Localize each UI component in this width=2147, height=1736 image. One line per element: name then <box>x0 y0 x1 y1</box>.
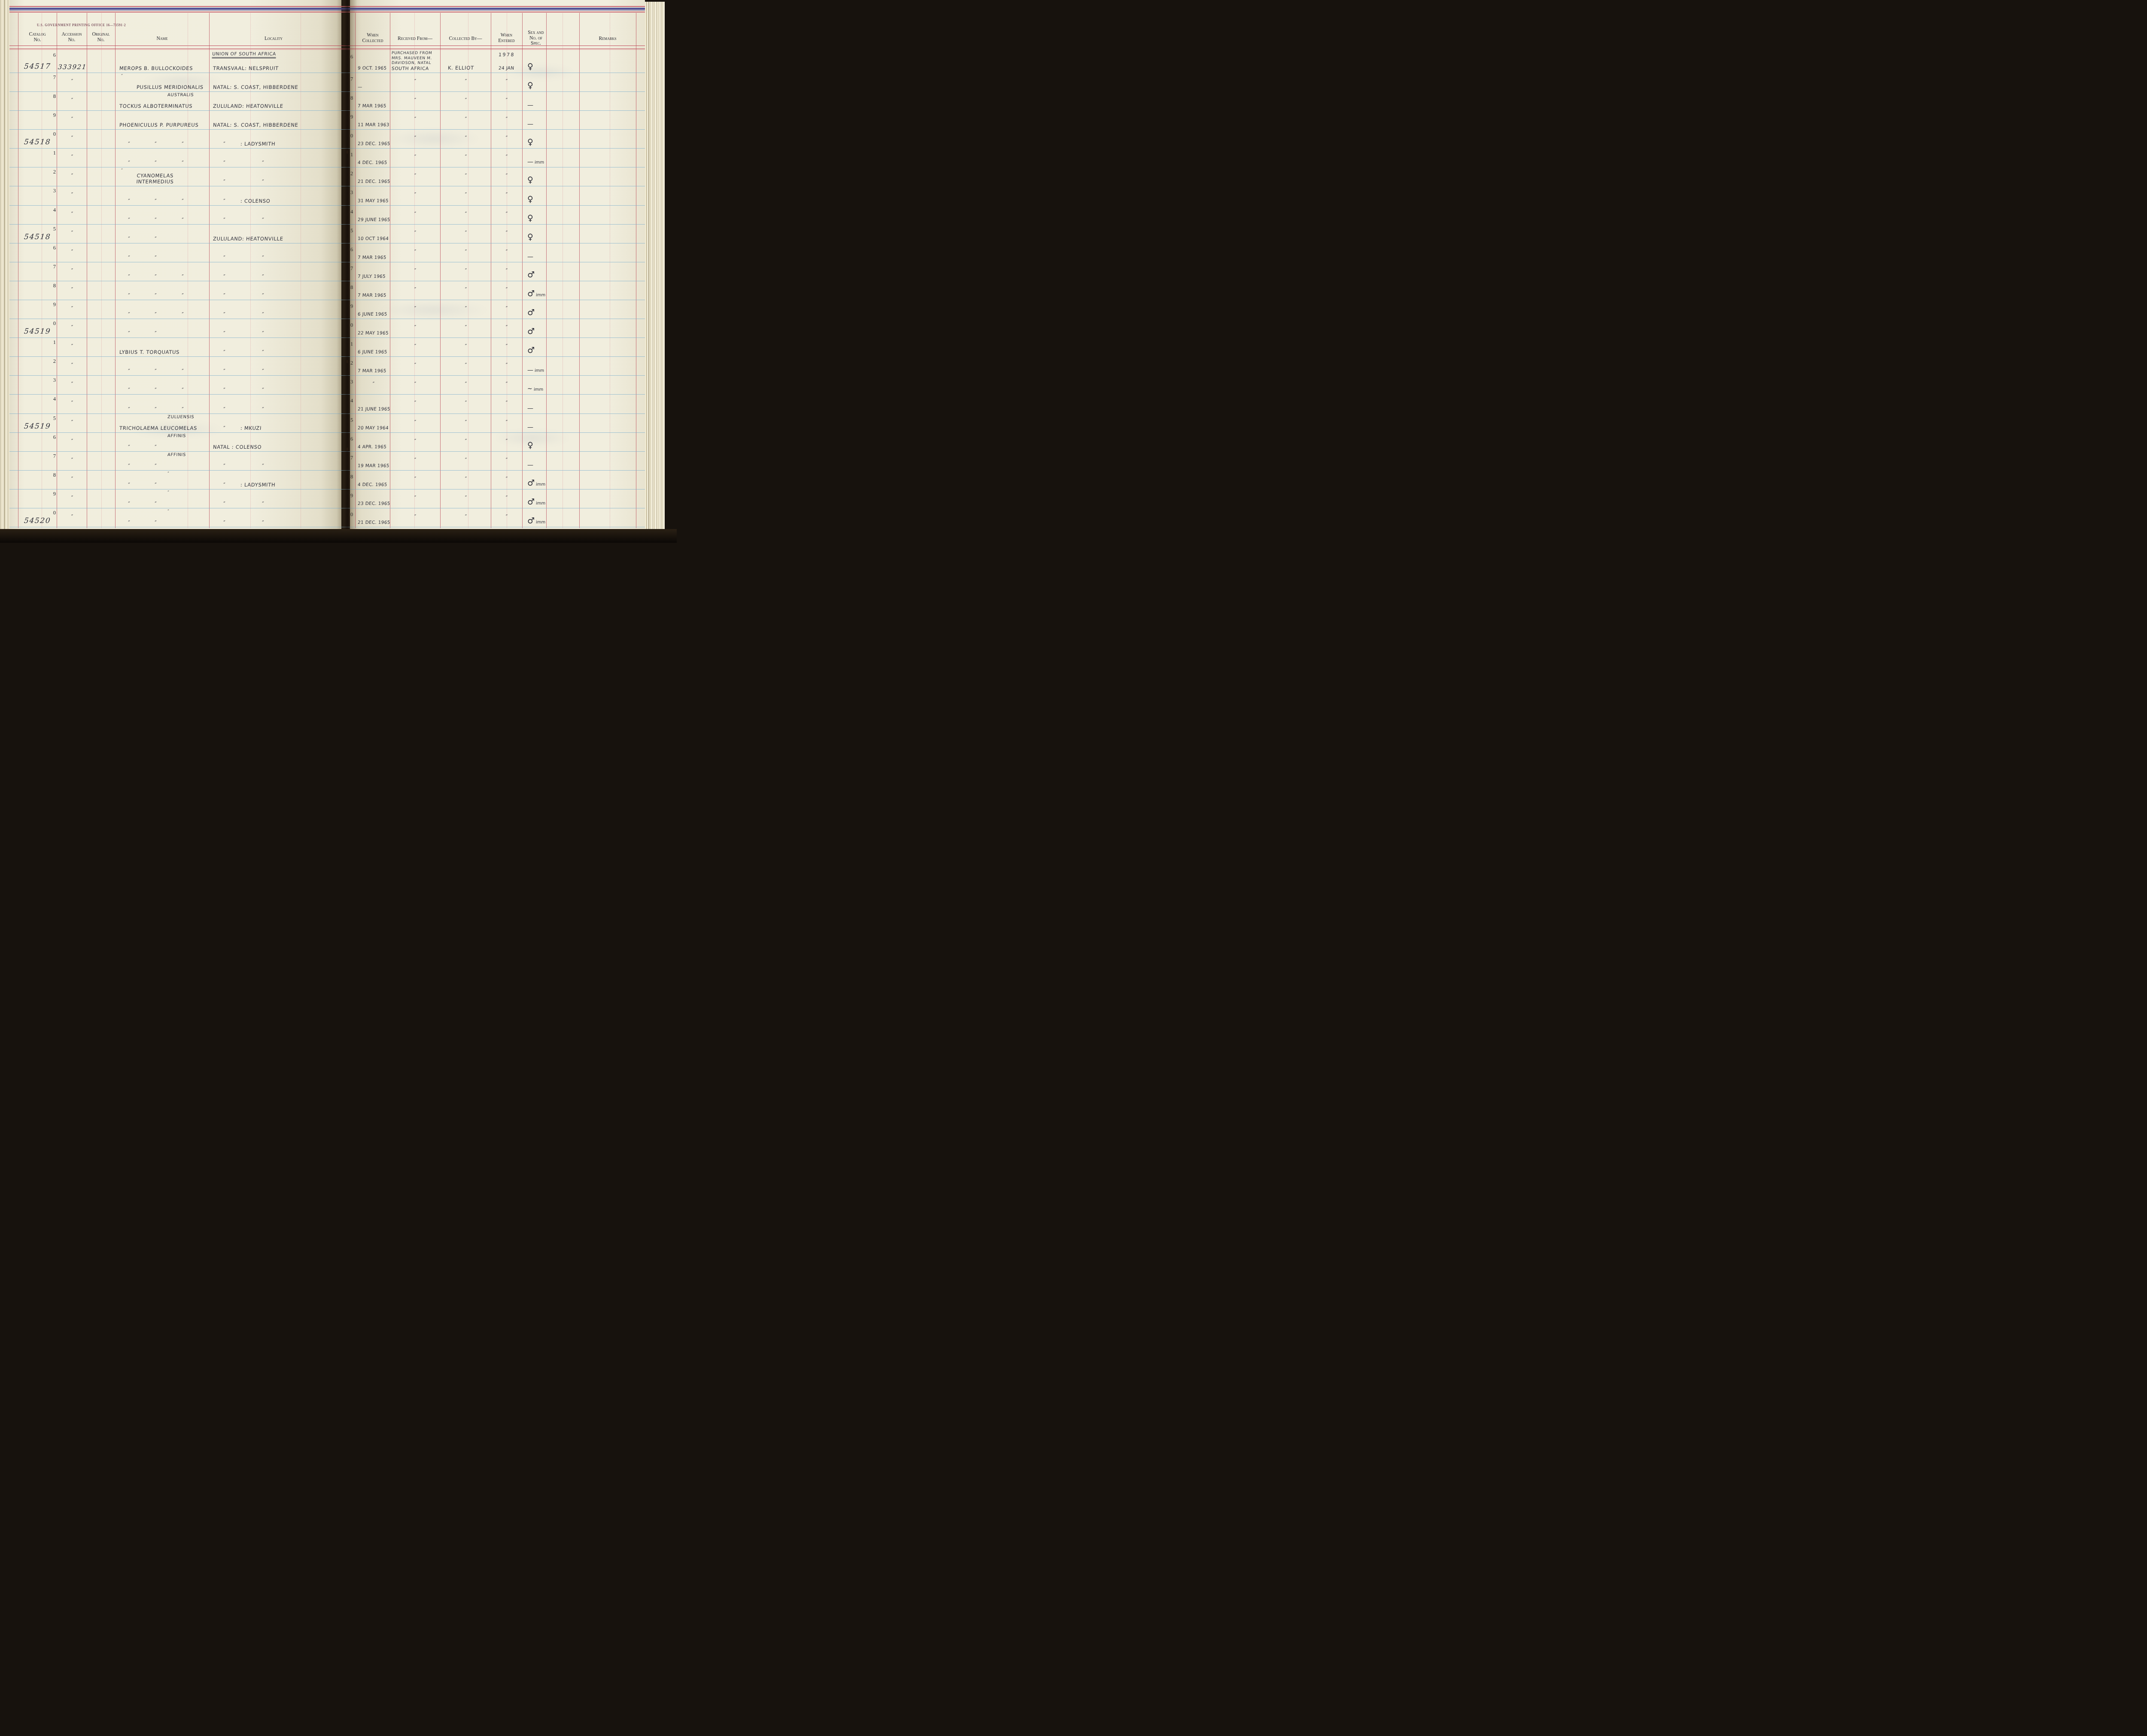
sex-symbol: — <box>527 254 533 260</box>
when-entered-cell: 197824 Jan <box>491 51 522 73</box>
name-value: ″″″ <box>117 274 209 280</box>
received-from-value: ″ <box>414 495 417 508</box>
locality-value: ″: Colenso <box>210 198 340 204</box>
original-number-cell <box>87 73 115 91</box>
row-digit: 2 <box>53 358 56 375</box>
name-cell: Lybius T. Torquatus <box>117 338 209 356</box>
ledger-row: 9″″″″″″96 June 1965″″″♂ <box>9 300 645 319</box>
row-digit-left: 5 <box>46 414 56 432</box>
received-from-value: ″ <box>414 476 417 489</box>
received-from-cell: ″ <box>390 186 440 205</box>
sex-cell: ♀ <box>522 167 564 186</box>
locality-part: ″ <box>262 387 264 393</box>
sex-symbol: ♂ <box>527 328 535 335</box>
locality-value: ″″ <box>210 311 340 317</box>
ledger-row: 545195″ZuluensisTricholaema leucomelas″:… <box>9 414 645 433</box>
original-number-cell <box>87 262 115 281</box>
accession-value: ″ <box>70 78 73 91</box>
name-part: ″ <box>128 255 130 261</box>
name-value: ″″ <box>117 444 209 450</box>
when-collected-cell: 21 Dec. 1965 <box>356 167 391 186</box>
original-number-cell <box>87 357 115 375</box>
name-part: ″ <box>128 274 130 280</box>
row-digit-left: 4 <box>46 206 56 224</box>
original-number-cell <box>87 206 115 224</box>
column-header-when-collected: When Collected <box>356 33 390 43</box>
sex-cell: ♂imm <box>522 489 564 508</box>
accession-cell: ″ <box>57 319 87 337</box>
column-header-remarks: Remarks <box>579 36 636 42</box>
locality-value: ″″ <box>210 255 340 261</box>
sex-symbol: — <box>527 102 533 108</box>
row-digit-left: 0 <box>46 319 56 337</box>
locality-value: ″″ <box>210 387 340 393</box>
row-digit-left: 7 <box>46 73 56 91</box>
sex-cell: ♀ <box>522 225 564 243</box>
row-digit-left: 2 <box>46 357 56 375</box>
received-from-value: ″ <box>414 135 417 148</box>
when-collected-cell: 7 Mar 1965 <box>356 243 391 262</box>
locality-part: ″ <box>223 141 225 147</box>
received-from-value: ″ <box>414 192 417 205</box>
name-part: ″ <box>155 292 157 298</box>
locality-part: ″ <box>262 311 264 317</box>
locality-part: Natal: S. Coast, Hibberdene <box>213 84 298 90</box>
locality-part: ″ <box>223 198 225 204</box>
received-from-value: ″ <box>414 514 417 527</box>
row-digit: 5 <box>53 226 56 243</box>
binding-stitch <box>346 447 348 451</box>
immature-note: imm <box>536 482 546 487</box>
sex-cell: ♂ <box>522 319 564 337</box>
when-entered-cell: ″ <box>491 73 522 91</box>
accession-cell: ″ <box>57 338 87 356</box>
collected-by-cell: ″ <box>440 262 491 281</box>
name-part: ″ <box>128 444 130 450</box>
locality-part: ″ <box>223 349 225 355</box>
accession-cell: ″ <box>57 508 87 527</box>
when-collected-cell: 19 Mar 1965 <box>356 452 391 470</box>
when-entered-value: ″ <box>505 438 508 451</box>
locality-value: Zululand: Heatonville <box>210 236 340 242</box>
name-cell: AustralisTockus alboterminatus <box>117 92 209 110</box>
name-part: ″ <box>155 482 157 488</box>
row-digit-left: 9 <box>46 300 56 319</box>
when-entered-value: ″ <box>505 135 508 148</box>
locality-part: ″ <box>262 217 264 223</box>
sex-symbol: — <box>527 121 533 127</box>
name-part: ″ <box>128 292 130 298</box>
when-entered-value: ″ <box>505 324 508 337</box>
locality-part: ″ <box>262 463 264 469</box>
accession-value: ″ <box>70 400 73 413</box>
collected-by-cell: ″ <box>440 167 491 186</box>
row-digit: 0 <box>53 131 56 148</box>
when-entered-value: ″ <box>505 192 508 205</box>
name-cell: ″″ <box>117 225 209 243</box>
when-collected-cell: 4 Apr. 1965 <box>356 433 391 451</box>
name-value: ″″″ <box>117 311 209 317</box>
row-digit: 8 <box>53 93 56 110</box>
when-entered-value: ″ <box>505 268 508 281</box>
name-value: ″″″ <box>117 292 209 298</box>
locality-value: Natal : Colenso <box>210 444 340 450</box>
received-from-value: ″ <box>414 97 417 110</box>
immature-note: imm <box>533 387 543 392</box>
when-entered-value: ″ <box>505 514 508 527</box>
sex-cell: ♀ <box>522 186 564 205</box>
sex-symbol: ♀ <box>527 139 533 146</box>
when-entered-value: ″ <box>505 116 508 129</box>
ledger-row: 7″″Pusillus MeridionalisNatal: S. Coast,… <box>9 73 645 92</box>
accession-cell: ″ <box>57 73 87 91</box>
collected-by-cell: ″ <box>440 508 491 527</box>
collected-by-value: ″ <box>464 400 467 413</box>
when-collected-value: 6 June 1965 <box>358 312 387 317</box>
received-from-value: ″ <box>414 268 417 281</box>
locality-part: ″ <box>223 425 225 431</box>
locality-cell: ″″ <box>210 167 340 186</box>
sex-symbol: ♂ <box>527 480 535 487</box>
name-cell: ″″″ <box>117 508 209 527</box>
collected-by-cell: ″ <box>440 281 491 300</box>
name-part: ″ <box>181 368 183 374</box>
locality-part: ″ <box>262 274 264 280</box>
original-number-cell <box>87 243 115 262</box>
sex-symbol: ♀ <box>527 196 533 203</box>
name-part: ″ <box>155 311 157 317</box>
sex-cell: — <box>522 414 564 432</box>
sex-symbol: ♀ <box>527 215 533 222</box>
when-entered-value: ″ <box>505 343 508 356</box>
name-part: ″ <box>181 292 183 298</box>
name-cell: ″″″ <box>117 281 209 300</box>
when-entered-cell: ″ <box>491 471 522 489</box>
when-collected-cell: 21 June 1965 <box>356 395 391 413</box>
collected-by-value: ″ <box>464 362 467 375</box>
column-header-sex: Sex and No. of Spec. <box>522 30 550 46</box>
name-cell: ″Cyanomelas Intermedius <box>117 167 209 186</box>
collected-by-cell: ″ <box>440 73 491 91</box>
locality-part: Natal: S. Coast, Hibberdene <box>213 122 298 128</box>
collected-by-cell: ″ <box>440 433 491 451</box>
locality-part: ″ <box>223 463 225 469</box>
name-part: ″ <box>181 274 183 280</box>
collected-by-cell: ″ <box>440 357 491 375</box>
received-from-line: Purchased from <box>392 51 442 55</box>
original-number-cell <box>87 281 115 300</box>
name-part: ″ <box>155 198 157 204</box>
locality-value: ″″ <box>210 160 340 166</box>
sex-cell: ♀ <box>522 433 564 451</box>
accession-value: ″ <box>70 173 73 186</box>
accession-value: ″ <box>70 362 73 375</box>
collected-by-cell: ″ <box>440 92 491 110</box>
ledger-row: 545190″″″″″022 May 1965″″″♂ <box>9 319 645 338</box>
sex-symbol: ♂ <box>527 347 535 354</box>
received-from-cell: ″ <box>390 452 440 470</box>
collected-by-cell: ″ <box>440 206 491 224</box>
row-digit: 6 <box>53 434 56 451</box>
locality-cell: ″″ <box>210 395 340 413</box>
locality-value: ″″ <box>210 501 340 507</box>
locality-cell: Union of South AfricaTransvaal: Nelsprui… <box>210 51 340 73</box>
collected-by-value: ″ <box>464 457 467 470</box>
when-collected-value: 23 Dec. 1965 <box>358 141 391 146</box>
row-digit-left: 0 <box>46 508 56 527</box>
locality-part: ″ <box>223 179 225 185</box>
original-number-cell <box>87 395 115 413</box>
ledger-scan: U.S. GOVERNMENT PRINTING OFFICE 16—73591… <box>0 0 677 543</box>
when-entered-value: 24 Jan <box>499 66 514 71</box>
locality-cell: ″″ <box>210 281 340 300</box>
row-digit-left: 5 <box>46 225 56 243</box>
name-value: ″″ <box>117 482 209 488</box>
locality-cell: Zululand: Heatonville <box>210 92 340 110</box>
binding-stitch <box>346 150 348 154</box>
when-collected-value: — <box>358 85 363 90</box>
name-part: ″ <box>155 236 157 242</box>
name-part: ″ <box>128 501 130 507</box>
when-entered-value: ″ <box>505 78 508 91</box>
locality-part: ″ <box>223 217 225 223</box>
received-from-value: ″ <box>414 381 417 394</box>
sex-cell: ♂imm <box>522 471 564 489</box>
name-superscript: ″ <box>121 74 123 79</box>
collected-by-cell: ″ <box>440 489 491 508</box>
received-from-value: ″ <box>414 419 417 432</box>
locality-part: ″ <box>262 349 264 355</box>
when-collected-cell: 4 Dec. 1965 <box>356 471 391 489</box>
name-cell: ″″″ <box>117 262 209 281</box>
received-from-value: ″ <box>414 249 417 262</box>
when-entered-cell: ″ <box>491 186 522 205</box>
received-from-value: South Africa <box>392 66 442 71</box>
when-collected-value: 9 Oct. 1965 <box>358 66 387 71</box>
locality-cell: ″″ <box>210 357 340 375</box>
locality-cell: ″: Ladysmith <box>210 130 340 148</box>
row-digit: 9 <box>53 112 56 129</box>
name-cell: ″″″ <box>117 300 209 319</box>
sex-cell: — <box>522 395 564 413</box>
locality-cell: Natal: S. Coast, Hibberdene <box>210 111 340 129</box>
when-collected-cell: ″ <box>356 376 390 394</box>
sex-symbol: ♀ <box>527 82 533 89</box>
name-cell: ″″″ <box>117 186 209 205</box>
collected-by-value: ″ <box>464 495 467 508</box>
binding-stitch <box>346 360 348 363</box>
original-number-cell <box>87 92 115 110</box>
locality-part: ″ <box>262 330 264 336</box>
when-entered-cell: ″ <box>491 130 522 148</box>
original-number-cell <box>87 186 115 205</box>
received-from-line: Davidson, Natal <box>392 61 442 65</box>
accession-value: ″ <box>70 476 73 489</box>
locality-value: ″″ <box>210 368 340 374</box>
name-cell: ZuluensisTricholaema leucomelas <box>117 414 209 432</box>
original-number-cell <box>87 452 115 470</box>
when-collected-value: 19 Mar 1965 <box>358 463 389 468</box>
printer-imprint: U.S. GOVERNMENT PRINTING OFFICE 16—73591… <box>37 23 126 27</box>
accession-cell: ″ <box>57 243 87 262</box>
accession-value: ″ <box>70 419 73 432</box>
received-from-cell: ″ <box>390 433 440 451</box>
name-part: ″ <box>155 406 157 412</box>
when-entered-cell: ″ <box>491 111 522 129</box>
sex-cell: — <box>522 92 564 110</box>
collected-by-value: ″ <box>464 173 467 186</box>
received-from-value: ″ <box>414 116 417 129</box>
immature-note: imm <box>536 501 546 506</box>
received-from-cell: ″ <box>390 262 440 281</box>
row-digit-left: 8 <box>46 471 56 489</box>
accession-cell: ″ <box>57 92 87 110</box>
when-collected-cell: 31 May 1965 <box>356 186 391 205</box>
received-from-value: ″ <box>414 286 417 300</box>
accession-cell: ″ <box>57 111 87 129</box>
received-from-cell: ″ <box>390 243 440 262</box>
accession-value: ″ <box>70 211 73 224</box>
when-entered-value: ″ <box>505 305 508 319</box>
sex-symbol: ♀ <box>527 63 533 70</box>
name-part: ″ <box>155 217 157 223</box>
name-part: ″ <box>128 368 130 374</box>
locality-part: Zululand: Heatonville <box>213 236 284 242</box>
row-digit: 1 <box>53 150 56 167</box>
row-digit-left: 3 <box>46 186 56 205</box>
accession-value: ″ <box>70 343 73 356</box>
locality-cell: ″: Mkuzi <box>210 414 340 432</box>
locality-part: ″ <box>262 179 264 185</box>
name-value: ″″″ <box>117 141 209 147</box>
immature-note: imm <box>536 293 546 298</box>
when-collected-value: 7 Mar 1965 <box>358 103 386 109</box>
sex-cell: ♂ <box>522 338 564 356</box>
received-from-cell: ″ <box>390 338 440 356</box>
locality-value: Zululand: Heatonville <box>210 103 340 109</box>
locality-cell: ″″ <box>210 376 340 394</box>
locality-cell: ″″ <box>210 489 340 508</box>
received-from-value: ″ <box>414 362 417 375</box>
name-superscript: Affinis <box>167 453 186 457</box>
accession-value: ″ <box>70 286 73 300</box>
sex-cell: —imm <box>522 357 564 375</box>
accession-cell: ″ <box>57 225 87 243</box>
locality-cell: ″: Ladysmith <box>210 471 340 489</box>
name-part: ″ <box>128 406 130 412</box>
locality-cell: Natal: S. Coast, Hibberdene <box>210 73 340 91</box>
original-number-cell <box>87 300 115 319</box>
received-from-value: ″ <box>414 438 417 451</box>
accession-cell: ″ <box>57 167 87 186</box>
row-digit: 7 <box>53 74 56 91</box>
when-collected-value: 4 Dec. 1965 <box>358 482 388 487</box>
when-collected-cell: 10 Oct 1964 <box>356 225 391 243</box>
received-from-cell: ″ <box>390 111 440 129</box>
name-value: Cyanomelas Intermedius <box>117 173 209 185</box>
ledger-row: 8″AustralisTockus alboterminatusZululand… <box>9 92 645 111</box>
when-entered-cell: ″ <box>491 414 522 432</box>
when-entered-cell: ″ <box>491 489 522 508</box>
collected-by-value: ″ <box>464 286 467 300</box>
accession-value: ″ <box>70 230 73 243</box>
row-digit: 0 <box>53 510 56 527</box>
locality-cell: ″″ <box>210 149 340 167</box>
received-from-cell: ″ <box>390 471 440 489</box>
when-entered-cell: ″ <box>491 433 522 451</box>
when-collected-value: 21 June 1965 <box>358 407 390 412</box>
name-part: ″ <box>181 198 183 204</box>
top-decorative-band <box>0 5 665 15</box>
when-collected-value: ″ <box>372 381 375 394</box>
when-collected-cell: 22 May 1965 <box>356 319 391 337</box>
accession-value: ″ <box>70 97 73 110</box>
row-digit: 4 <box>53 396 56 413</box>
accession-value: ″ <box>70 249 73 262</box>
locality-value: Transvaal: Nelspruit <box>210 65 340 71</box>
when-entered-cell: ″ <box>491 357 522 375</box>
sex-symbol: ♂ <box>527 309 535 316</box>
received-from-value: ″ <box>414 457 417 470</box>
ledger-row: 6″″″″″67 Mar 1965″″″— <box>9 243 645 262</box>
ledger-row: 4″″″″″″421 June 1965″″″— <box>9 395 645 413</box>
collected-by-value: ″ <box>464 419 467 432</box>
original-number-cell <box>87 489 115 508</box>
when-collected-cell: 7 Mar 1965 <box>356 92 391 110</box>
collected-by-value: ″ <box>464 211 467 224</box>
collected-by-cell: ″ <box>440 376 491 394</box>
name-cell: ″″″ <box>117 130 209 148</box>
accession-cell: ″ <box>57 130 87 148</box>
received-from-cell: Purchased fromMrs. Mauveen M.Davidson, N… <box>390 51 442 73</box>
when-collected-value: 29 June 1965 <box>358 217 390 222</box>
when-collected-value: 7 Mar 1965 <box>358 255 386 260</box>
name-part: ″ <box>155 274 157 280</box>
locality-cell: ″″ <box>210 338 340 356</box>
collected-by-cell: ″ <box>440 243 491 262</box>
when-entered-cell: ″ <box>491 167 522 186</box>
ledger-row: 545180″″″″″: Ladysmith023 Dec. 1965″″″♀ <box>9 130 645 149</box>
sex-cell: ♂ <box>522 300 564 319</box>
locality-value: ″: Ladysmith <box>210 482 340 488</box>
name-part: ″ <box>128 141 130 147</box>
received-from-cell: ″ <box>390 395 440 413</box>
accession-cell: ″ <box>57 206 87 224</box>
ledger-row: 545176333921Merops B. BullockoidesUnion … <box>9 51 645 73</box>
received-from-cell: ″ <box>390 130 440 148</box>
received-from-line: Mrs. Mauveen M. <box>392 56 442 61</box>
name-value: Lybius T. Torquatus <box>117 349 209 355</box>
name-cell: ″″″ <box>117 395 209 413</box>
original-number-cell <box>87 167 115 186</box>
name-part: ″ <box>155 141 157 147</box>
received-from-cell: ″ <box>390 508 440 527</box>
name-part: ″ <box>128 520 130 526</box>
row-digit: 4 <box>53 207 56 224</box>
ledger-row: 8″″″″″″87 Mar 1965″″″♂imm <box>9 281 645 300</box>
when-collected-value: 22 May 1965 <box>358 331 389 336</box>
when-collected-value: 21 Dec. 1965 <box>358 179 391 184</box>
received-from-value: ″ <box>414 343 417 356</box>
sex-symbol: ♂ <box>527 517 535 525</box>
when-entered-value: ″ <box>505 419 508 432</box>
locality-part: ″ <box>223 482 225 488</box>
name-part: ″ <box>128 198 130 204</box>
name-cell: Affinis″″ <box>117 433 209 451</box>
sex-symbol: — <box>527 462 533 468</box>
immature-note: imm <box>535 160 544 165</box>
locality-part: ″ <box>223 330 225 336</box>
